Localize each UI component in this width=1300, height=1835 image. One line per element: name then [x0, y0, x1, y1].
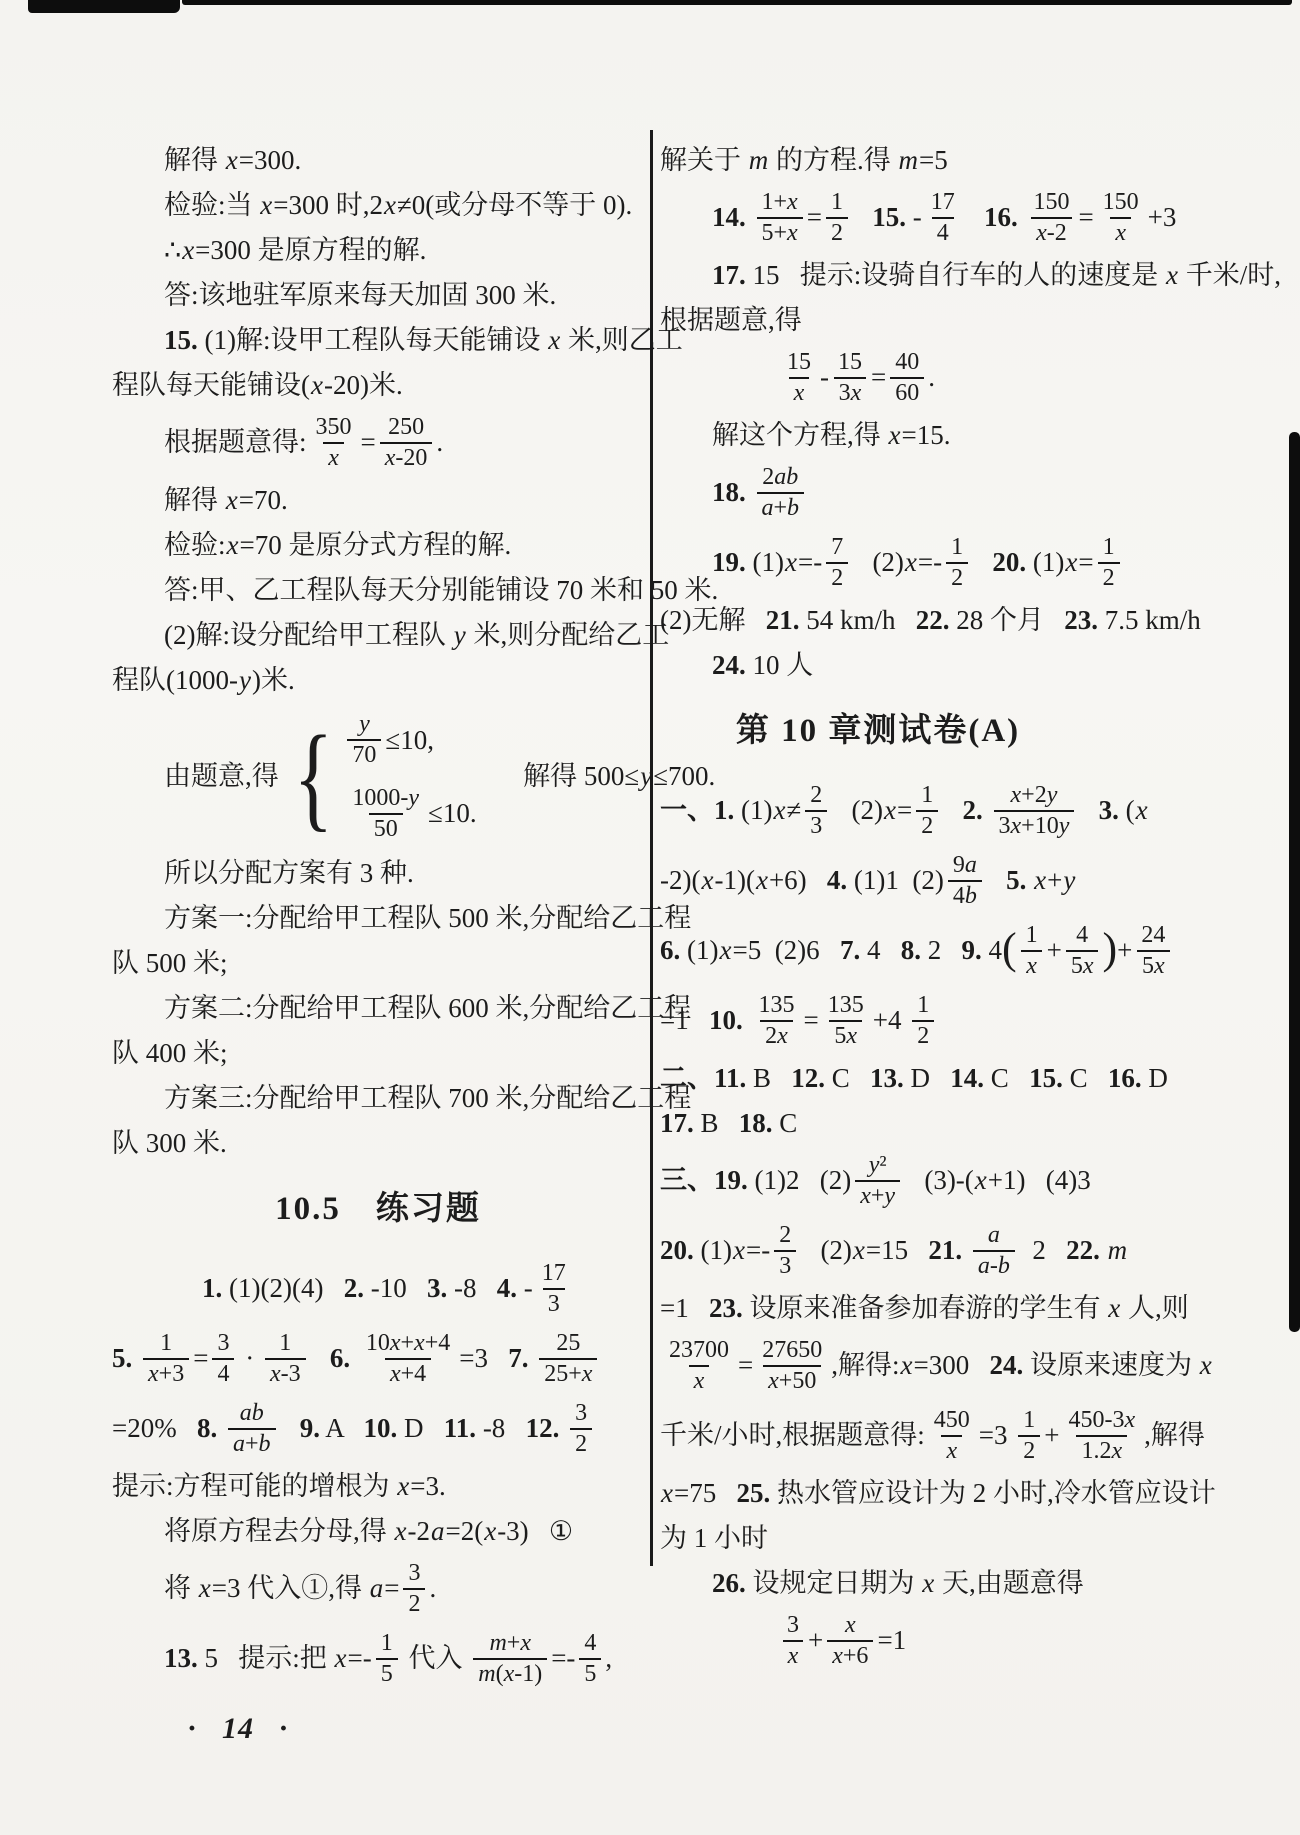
text-line: 答:该地驻军原来每天加固 300 米. [112, 273, 644, 318]
text-run: =3 [979, 1420, 1014, 1451]
fraction-numerator: 350 [311, 414, 357, 442]
fraction-numerator: 135 [823, 992, 869, 1020]
fraction-numerator: x [840, 1612, 861, 1640]
text-run: 天,由题意得 [935, 1568, 1084, 1599]
fraction-denominator: 4 [212, 1358, 234, 1388]
text-run [743, 1005, 750, 1036]
text-run: (3)-( [904, 1165, 974, 1196]
text-line: 为 1 小时 [660, 1516, 1096, 1561]
math-fraction: y²x+y [855, 1152, 900, 1210]
text-run: ≤10. [428, 798, 477, 829]
fraction-denominator: x+6 [827, 1640, 873, 1670]
fraction-denominator: 70 [347, 739, 381, 769]
math-fraction: 72 [826, 534, 848, 592]
text-run: 方案一:分配给甲工程队 500 米,分配给乙工程 [164, 903, 691, 934]
item-number: 11. [444, 1413, 476, 1444]
item-number: 24. [989, 1350, 1023, 1381]
fraction-numerator: 450-3x [1063, 1407, 1140, 1435]
fraction-numerator: 24 [1136, 922, 1170, 950]
item-number: 16. [984, 202, 1018, 233]
fraction-numerator: ab [235, 1400, 269, 1428]
text-run: (2)解:设分配给甲工程队 [164, 620, 453, 651]
fraction-denominator: 2 [826, 562, 848, 592]
fraction-denominator: a-b [973, 1250, 1015, 1280]
text-run: 将原方程去分母,得 [164, 1516, 394, 1547]
text-line: 解得 x=300. [112, 138, 644, 183]
text-line: =1 23. 设原来准备参加春游的学生有 x 人,则 [660, 1286, 1096, 1331]
math-variable: x [718, 935, 732, 966]
item-number: 4. [497, 1273, 517, 1304]
math-variable: x [784, 547, 798, 578]
text-line: 3x+xx+6=1 [660, 1606, 1096, 1676]
item-number: 23. [709, 1293, 743, 1324]
fraction-denominator: 3 [805, 810, 827, 840]
text-run: 54 km/h [799, 605, 915, 636]
math-fraction: 174 [926, 189, 960, 247]
scan-artifact-top-line [182, 0, 1292, 5]
math-variable: x [900, 1350, 914, 1381]
text-line: 程队(1000-y)米. [112, 658, 644, 703]
text-run: (1)1 (2) [847, 865, 944, 896]
text-run: ,解得 [1144, 1420, 1205, 1451]
text-run: 设原来速度为 [1023, 1350, 1199, 1381]
text-run: + [1044, 1420, 1059, 1451]
math-fraction: 12 [1098, 534, 1120, 592]
math-fraction: 12 [1018, 1407, 1040, 1465]
fraction-numerator: 1 [1018, 1407, 1040, 1435]
text-run: + [808, 1625, 823, 1656]
text-line: 程队每天能铺设(x-20)米. [112, 363, 644, 408]
math-fraction: 12 [912, 992, 934, 1050]
fraction-denominator: x [783, 1640, 804, 1670]
text-run: =- [918, 547, 942, 578]
left-column: 解得 x=300.检验:当 x=300 时,2x≠0(或分母不等于 0).∴x=… [112, 138, 644, 1694]
text-run: 检验: [164, 530, 226, 561]
math-fraction: 153x [833, 349, 867, 407]
text-run: + [1117, 935, 1132, 966]
text-run: ∴ [164, 235, 181, 266]
text-run: -3) ① [497, 1516, 573, 1547]
item-number: 12. [791, 1063, 825, 1094]
item-number: 15. [1029, 1063, 1063, 1094]
text-line: 14. 1+x5+x=12 15. -174 16. 150x-2=150x+3 [660, 183, 1096, 253]
text-run: -10 [364, 1273, 427, 1304]
math-variable: x [772, 795, 786, 826]
fraction-denominator: 2 [916, 810, 938, 840]
math-fraction: 150x-2 [1028, 189, 1074, 247]
text-run: =1 [660, 1005, 709, 1036]
text-run: +6) [769, 865, 827, 896]
fraction-denominator: 3x+10y [994, 810, 1075, 840]
text-run: = [384, 1573, 399, 1604]
fraction-numerator: 3 [212, 1330, 234, 1358]
text-run: =1 [877, 1625, 906, 1656]
text-run [310, 1343, 330, 1374]
text-run: 解关于 [660, 145, 748, 176]
text-run: 解得 [164, 145, 225, 176]
text-run: =5 [919, 145, 948, 176]
fraction-numerator: 17 [926, 189, 960, 217]
column-divider [650, 130, 653, 1566]
text-run: 2 [1019, 1235, 1066, 1266]
item-number: 第 10 章测试卷(A) [736, 713, 1020, 751]
math-variable: x [1107, 1293, 1121, 1324]
text-run: 7.5 km/h [1098, 605, 1201, 636]
text-run: C [1063, 1063, 1108, 1094]
math-variable: m [898, 145, 920, 176]
text-run: 10 人 [746, 650, 814, 681]
fraction-denominator: x-2 [1031, 217, 1072, 247]
text-line: 方案二:分配给甲工程队 600 米,分配给乙工程 [112, 986, 644, 1031]
fraction-denominator: 25+x [539, 1358, 597, 1388]
math-fraction: 45 [579, 1630, 601, 1688]
left-brace-icon: { [293, 730, 333, 824]
text-run: 队 400 米; [112, 1038, 228, 1069]
text-run [280, 1413, 300, 1444]
text-run: =70 是原分式方程的解. [240, 530, 512, 561]
item-number: 10. [364, 1413, 398, 1444]
text-run: =75 [674, 1478, 736, 1509]
item-number: 16. [1108, 1063, 1142, 1094]
fraction-numerator: 15 [833, 349, 867, 377]
text-run: (1) [680, 935, 718, 966]
text-run: 根据题意得: [164, 427, 307, 458]
math-variable: x [483, 1516, 497, 1547]
math-fraction: 450x [929, 1407, 975, 1465]
item-number: 二、11. [660, 1063, 746, 1094]
math-fraction: 1+x5+x [757, 189, 803, 247]
text-run: =2( [445, 1516, 483, 1547]
text-run: 方案二:分配给甲工程队 600 米,分配给乙工程 [164, 993, 691, 1024]
item-number: 14. [950, 1063, 984, 1094]
section-heading: 第 10 章测试卷(A) [660, 688, 1096, 776]
text-run [964, 202, 984, 233]
fraction-numerator: 1+x [757, 189, 803, 217]
math-fraction: 3x [782, 1612, 804, 1670]
text-line: 千米/小时,根据题意得:450x=3 12+450-3x1.2x,解得 [660, 1401, 1096, 1471]
fraction-numerator: 135 [753, 992, 799, 1020]
fraction-denominator: x [323, 442, 344, 472]
item-number: 25. [736, 1478, 770, 1509]
math-variable: m [1107, 1235, 1129, 1266]
text-run: =5 (2)6 [732, 935, 839, 966]
item-number: 26. [712, 1568, 746, 1599]
text-run: =300. [239, 145, 301, 176]
fraction-denominator: x+3 [143, 1358, 189, 1388]
math-fraction: 27650x+50 [757, 1337, 827, 1395]
text-run: = [871, 362, 886, 393]
fraction-denominator: 3 [774, 1250, 796, 1280]
text-line: 将原方程去分母,得 x-2a=2(x-3) ① [112, 1509, 644, 1554]
text-run: - [820, 362, 829, 393]
text-run: + [1047, 865, 1062, 896]
text-line: 根据题意,得 [660, 298, 1096, 343]
text-run: (1) [734, 795, 772, 826]
item-number: 三、19. [660, 1165, 748, 1196]
section-heading: 10.5 练习题 [112, 1166, 644, 1254]
math-variable: y [238, 665, 252, 696]
text-line: 答:甲、乙工程队每天分别能铺设 70 米和 50 米. [112, 568, 644, 613]
text-line: =20% 8. aba+b 9. A 10. D 11. -8 12. 32 [112, 1394, 644, 1464]
math-variable: x [883, 795, 897, 826]
text-run: 米,则分配给乙工 [467, 620, 670, 651]
text-line: 将 x=3 代入①,得 a=32. [112, 1554, 644, 1624]
fraction-numerator: 23700 [664, 1337, 734, 1365]
text-line: 一、1. (1)x≠23 (2)x=12 2. x+2y3x+10y 3. (x [660, 776, 1096, 846]
math-fraction: xx+6 [827, 1612, 873, 1670]
text-line: 6. (1)x=5 (2)6 7. 4 8. 2 9. 4(1x+45x)+24… [660, 916, 1096, 986]
text-run [1078, 795, 1098, 826]
text-run: 为 1 小时 [660, 1523, 768, 1554]
scan-artifact-top-blob [28, 0, 180, 13]
text-line: 队 500 米; [112, 941, 644, 986]
text-line: 二、11. B 12. C 13. D 14. C 15. C 16. D [660, 1056, 1096, 1101]
fraction-denominator: 2 [403, 1588, 425, 1618]
fraction-denominator: 5+x [757, 217, 803, 247]
text-run: 4 [860, 935, 901, 966]
text-line: 1. (1)(2)(4) 2. -10 3. -8 4. -173 [112, 1254, 644, 1324]
fraction-numerator: m+x [484, 1630, 536, 1658]
fraction-numerator: 9a [948, 852, 982, 880]
scan-artifact-right-edge [1289, 432, 1300, 1332]
item-number: 24. [712, 650, 746, 681]
fraction-numerator: 10x+x+4 [361, 1330, 455, 1358]
fraction-denominator: a+b [757, 492, 805, 522]
text-run: ( [1119, 795, 1135, 826]
fraction-denominator: x [1110, 217, 1131, 247]
text-run: -1)( [714, 865, 754, 896]
text-line: 24. 10 人 [660, 643, 1096, 688]
math-variable: a [430, 1516, 446, 1547]
fraction-denominator: a+b [228, 1428, 276, 1458]
fraction-denominator: 2 [946, 562, 968, 592]
text-run: =- [551, 1643, 575, 1674]
text-run: D [397, 1413, 444, 1444]
text-run: 设原来准备参加春游的学生有 [743, 1293, 1108, 1324]
fraction-denominator: 2 [826, 217, 848, 247]
fraction-numerator: 2 [805, 782, 827, 810]
text-line: -2)(x-1)(x+6) 4. (1)1 (2)9a4b 5. x+y [660, 846, 1096, 916]
text-run: = [193, 1343, 208, 1374]
math-variable: x [1064, 547, 1078, 578]
fraction-denominator: 3 [543, 1288, 565, 1318]
math-fraction: 45x [1066, 922, 1099, 980]
fraction-denominator: x-3 [265, 1358, 306, 1388]
math-fraction: 12 [826, 189, 848, 247]
item-number: 8. [197, 1413, 217, 1444]
text-line: 队 300 米. [112, 1121, 644, 1166]
fraction-numerator: 3 [403, 1560, 425, 1588]
fraction-numerator: 450 [929, 1407, 975, 1435]
math-variable: x [310, 370, 324, 401]
math-variable: x [852, 1235, 866, 1266]
fraction-numerator: 7 [826, 534, 848, 562]
text-run: =- [746, 1235, 770, 1266]
math-fraction: aba+b [228, 1400, 276, 1458]
math-variable: x [660, 1478, 674, 1509]
math-fraction: aa-b [973, 1222, 1015, 1280]
text-run: -2 [407, 1516, 430, 1547]
text-run: 15 提示:设骑自行车的人的速度是 [746, 260, 1165, 291]
text-run: =3 代入①,得 [212, 1573, 369, 1604]
fraction-denominator: 60 [890, 377, 924, 407]
text-run [1018, 202, 1025, 233]
math-fraction: 1x [1021, 922, 1043, 980]
math-fraction: 1x+3 [143, 1330, 189, 1388]
math-variable: x [755, 865, 769, 896]
item-number: 8. [901, 935, 921, 966]
text-run: 4 [982, 935, 1002, 966]
math-variable: x [888, 420, 902, 451]
text-run: 热水管应设计为 2 小时,冷水管应设计 [770, 1478, 1216, 1509]
item-number: 10. [709, 1005, 743, 1036]
math-fraction: 4060 [890, 349, 924, 407]
text-run: (2) [800, 1235, 852, 1266]
fraction-numerator: 27650 [757, 1337, 827, 1365]
math-fraction: 32 [570, 1400, 592, 1458]
text-run: C [825, 1063, 870, 1094]
text-run: . [928, 362, 935, 393]
fraction-numerator: 150 [1028, 189, 1074, 217]
math-fraction: 10x+x+4x+4 [361, 1330, 455, 1388]
math-variable: x [226, 530, 240, 561]
fraction-numerator: 3 [570, 1400, 592, 1428]
fraction-numerator: x+2y [1006, 782, 1063, 810]
item-number: 5. [112, 1343, 132, 1374]
fraction-numerator: y² [864, 1152, 892, 1180]
text-run: 代入 [402, 1643, 470, 1674]
fraction-denominator: 5x [1066, 950, 1099, 980]
text-line: 20. (1)x=-23 (2)x=15 21. aa-b 2 22. m [660, 1216, 1096, 1286]
math-fraction: 450-3x1.2x [1063, 1407, 1140, 1465]
scanned-answer-page: 解得 x=300.检验:当 x=300 时,2x≠0(或分母不等于 0).∴x=… [0, 0, 1300, 1835]
math-fraction: 245x [1136, 922, 1170, 980]
text-run: 方案三:分配给甲工程队 700 米,分配给乙工程 [164, 1083, 691, 1114]
text-run: 人,则 [1121, 1293, 1189, 1324]
text-run: ≠ [786, 795, 801, 826]
item-number: 2. [344, 1273, 364, 1304]
text-run: A [320, 1413, 364, 1444]
text-line: 17. 15 提示:设骑自行车的人的速度是 x 千米/时, [660, 253, 1096, 298]
math-variable: x [383, 190, 397, 221]
big-paren: ) [1102, 927, 1117, 971]
text-run [746, 477, 753, 508]
text-run: - [517, 1273, 533, 1304]
fraction-numerator: 1 [1021, 922, 1043, 950]
item-number: 13. [164, 1643, 198, 1674]
math-variable: x [198, 1573, 212, 1604]
text-run: 解得 [164, 485, 225, 516]
math-fraction: 1352x [753, 992, 799, 1050]
fraction-denominator: 5x [829, 1020, 862, 1050]
item-number: 4. [827, 865, 847, 896]
math-fraction: y70 [347, 711, 381, 769]
math-fraction: 250x-20 [380, 414, 433, 472]
text-run: -8 [447, 1273, 497, 1304]
math-fraction: 15 [376, 1630, 398, 1688]
system-row: 1000-y50≤10. [343, 785, 476, 843]
math-fraction: 1355x [823, 992, 869, 1050]
fraction-denominator: 3x [834, 377, 867, 407]
math-variable: x [904, 547, 918, 578]
text-line: 解得 x=70. [112, 478, 644, 523]
fraction-numerator: 4 [1071, 922, 1093, 950]
item-number: 10.5 练习题 [275, 1191, 481, 1229]
fraction-denominator: x [1021, 950, 1042, 980]
text-run: = [803, 1005, 818, 1036]
text-line: (2)无解 21. 54 km/h 22. 28 个月 23. 7.5 km/h [660, 598, 1096, 643]
text-run: 2 [921, 935, 962, 966]
fraction-numerator: 2 [774, 1222, 796, 1250]
text-run [962, 1235, 969, 1266]
math-fraction: 23 [805, 782, 827, 840]
text-line: 方案一:分配给甲工程队 500 米,分配给乙工程 [112, 896, 644, 941]
fraction-denominator: 2 [1098, 562, 1120, 592]
math-variable: x [1165, 260, 1179, 291]
text-run: C [984, 1063, 1029, 1094]
text-run: =3 [459, 1343, 508, 1374]
item-number: 22. [1066, 1235, 1100, 1266]
text-line: 检验:x=70 是原分式方程的解. [112, 523, 644, 568]
text-run: . [429, 1573, 436, 1604]
text-run: (1) [1026, 547, 1064, 578]
fraction-denominator: 2x [760, 1020, 793, 1050]
text-run: =- [348, 1643, 372, 1674]
text-line: 23700x=27650x+50,解得:x=300 24. 设原来速度为 x [660, 1331, 1096, 1401]
text-run: (1)2 (2) [748, 1165, 851, 1196]
text-run: -2)( [660, 865, 700, 896]
item-number: 21. [928, 1235, 962, 1266]
text-run: D [1142, 1063, 1168, 1094]
text-line: 由题意,得{y70≤10,1000-y50≤10. 解得 500≤y≤700. [112, 703, 644, 851]
fraction-denominator: m(x-1) [473, 1658, 547, 1688]
text-run [1100, 1235, 1107, 1266]
text-run: )米. [252, 665, 295, 696]
text-run: = [1078, 202, 1093, 233]
text-run: 所以分配方案有 3 种. [164, 858, 414, 889]
text-line: =1 10. 1352x=1355x+4 12 [660, 986, 1096, 1056]
math-fraction: 173 [537, 1260, 571, 1318]
text-run: = [738, 1350, 753, 1381]
text-run: (2)无解 [660, 605, 766, 636]
item-number: 15. [872, 202, 906, 233]
fraction-denominator: 5x [1137, 950, 1170, 980]
text-line: 解关于 m 的方程.得 m=5 [660, 138, 1096, 183]
text-run: ≠0(或分母不等于 0). [397, 190, 632, 221]
item-number: 18. [739, 1108, 773, 1139]
math-variable: x [921, 1568, 935, 1599]
math-fraction: 2525+x [539, 1330, 597, 1388]
fraction-denominator: 5 [376, 1658, 398, 1688]
item-number: 14. [712, 202, 746, 233]
text-run [1026, 865, 1033, 896]
fraction-numerator: 1 [916, 782, 938, 810]
text-run: C [773, 1108, 798, 1139]
fraction-numerator: 15 [782, 349, 816, 377]
item-number: 15. [164, 325, 198, 356]
math-variable: x [1199, 1350, 1213, 1381]
math-variable: x [394, 1516, 408, 1547]
item-number: 9. [300, 1413, 320, 1444]
math-variable: m [748, 145, 770, 176]
fraction-denominator: x+50 [763, 1365, 821, 1395]
item-number: 17. [660, 1108, 694, 1139]
text-run: -20)米. [324, 370, 403, 401]
text-run: =15 [866, 1235, 928, 1266]
text-run: 答:甲、乙工程队每天分别能铺设 70 米和 50 米. [164, 575, 718, 606]
item-number: 21. [766, 605, 800, 636]
math-variable: x [259, 190, 273, 221]
